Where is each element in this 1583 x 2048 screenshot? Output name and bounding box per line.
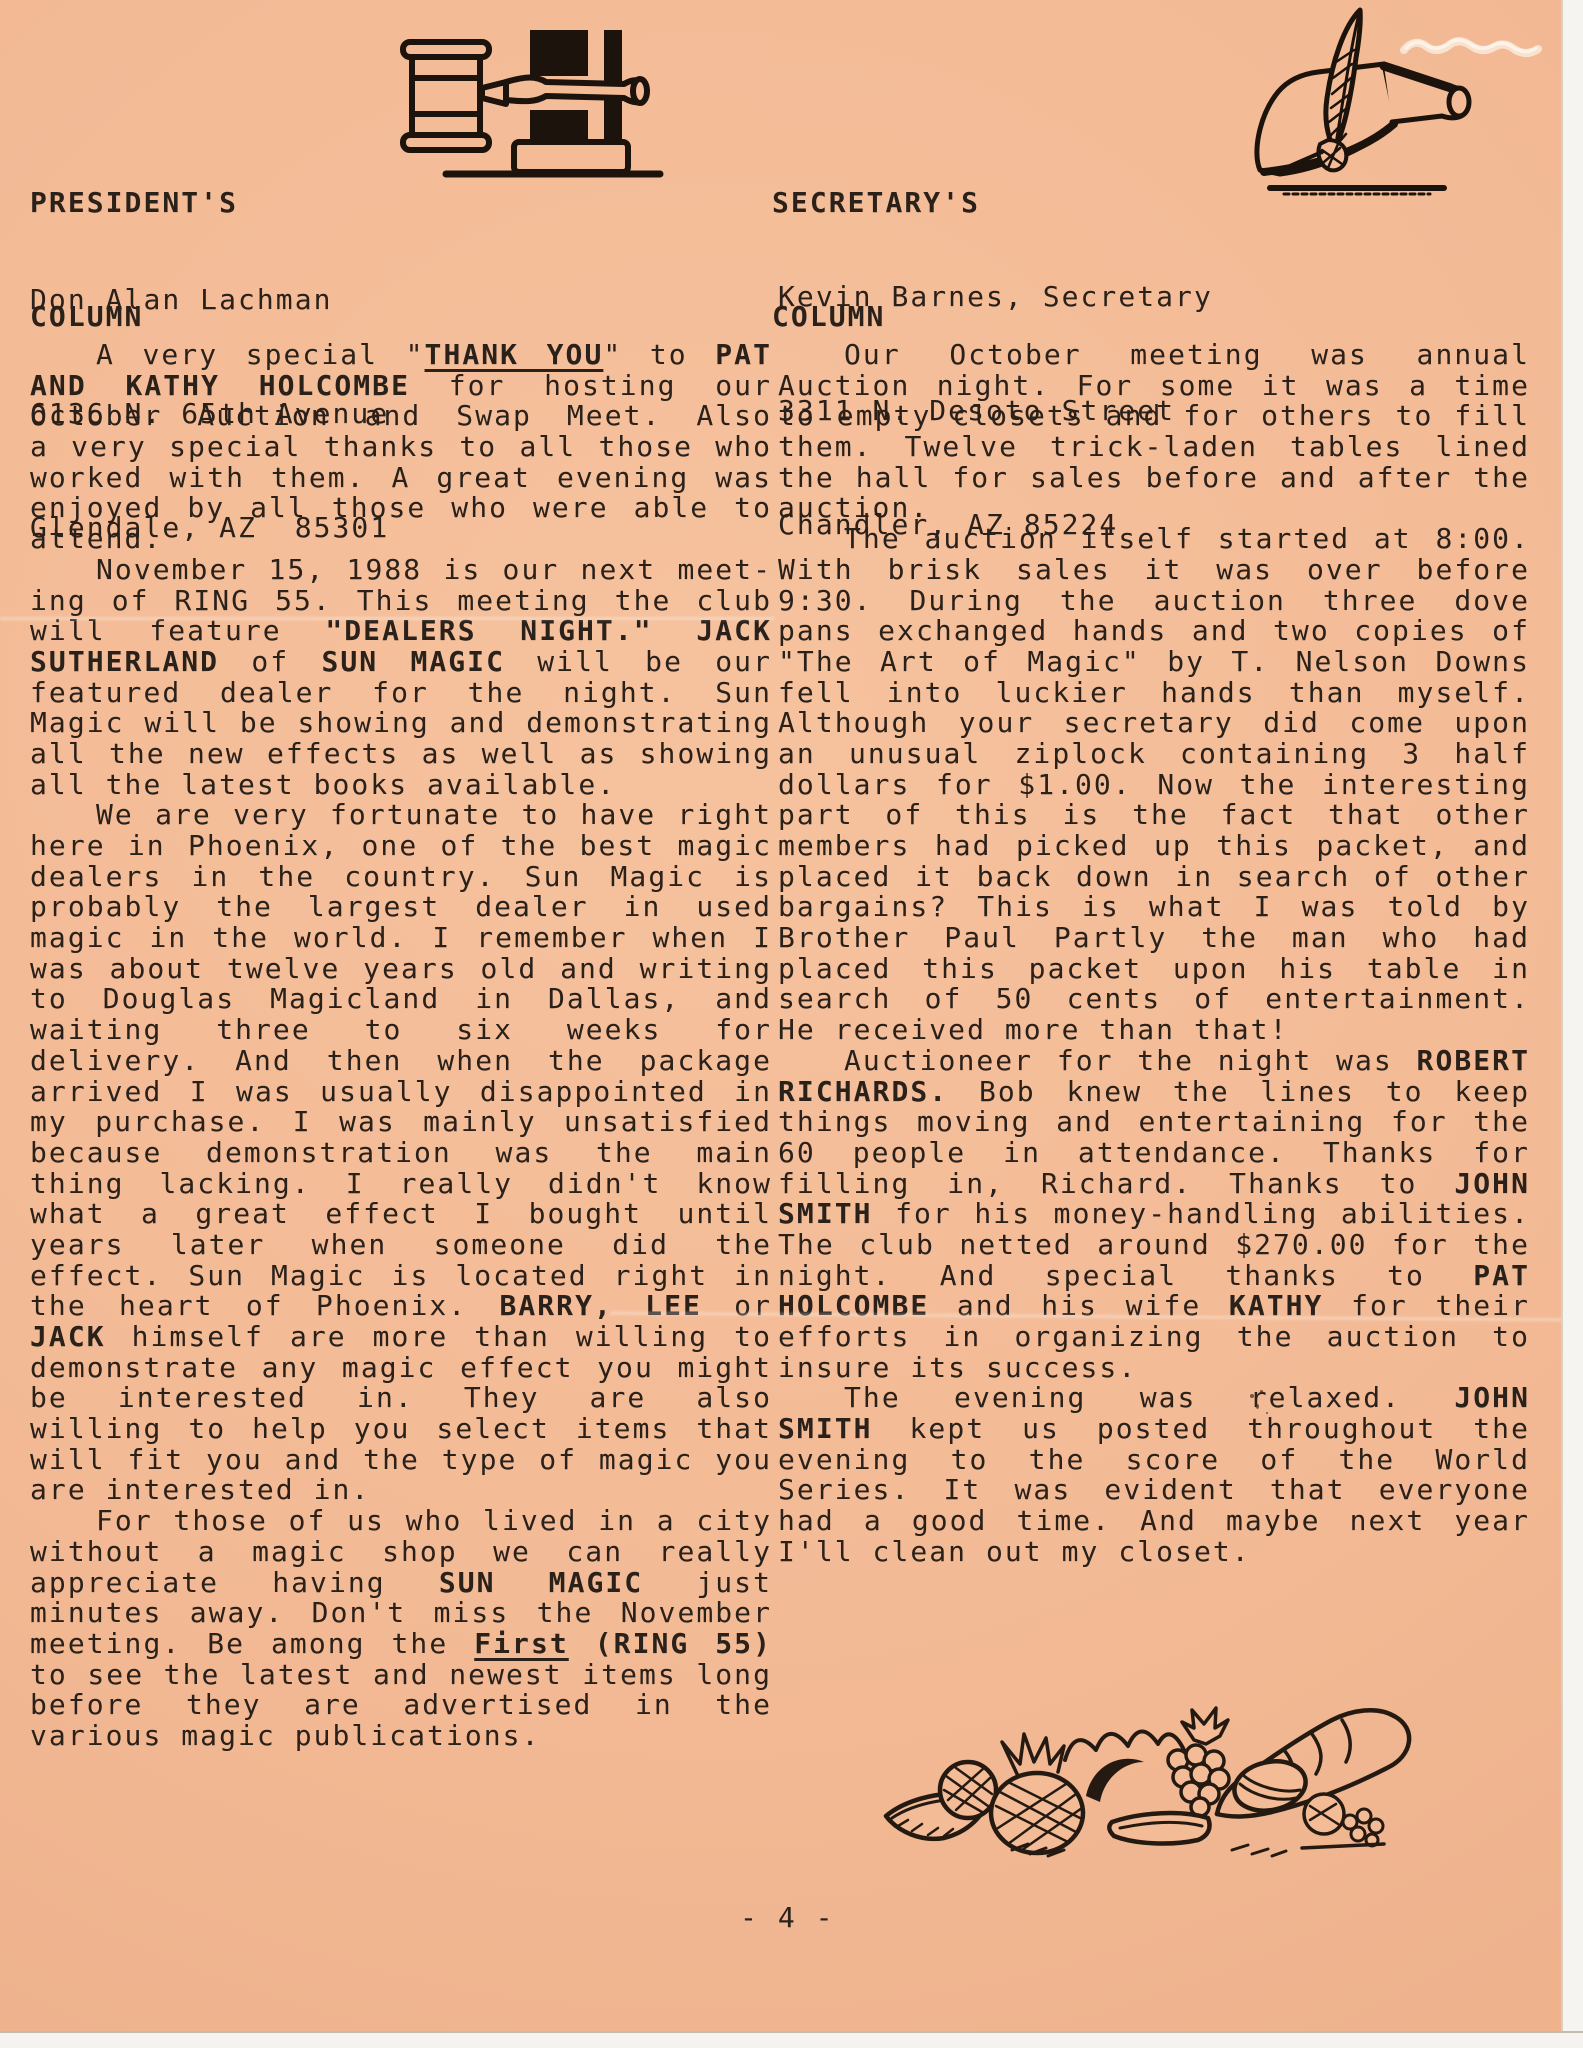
text-line: evening to the score of the World (778, 1445, 1530, 1476)
cornucopia-icon (872, 1698, 1412, 1870)
text-line: magic in the world. I remember when I (30, 923, 772, 954)
text-line: the heart of Phoenix. BARRY, LEE or (30, 1291, 772, 1322)
text-line: probably the largest dealer in used (30, 892, 772, 923)
text-line: will fit you and the type of magic you (30, 1445, 772, 1476)
text-line: He received more than that! (778, 1015, 1530, 1046)
text-line: to empty closets and for others to fill (778, 401, 1530, 432)
text-line: dealers in the country. Sun Magic is (30, 862, 772, 893)
text-line: ing of RING 55. This meeting the club (30, 586, 772, 617)
ink-speck (1248, 1390, 1274, 1420)
secretarys-column-body: Our October meeting was annualAuction ni… (778, 340, 1530, 1568)
text-line: "The Art of Magic" by T. Nelson Downs (778, 647, 1530, 678)
text-line: be interested in. They are also (30, 1383, 772, 1414)
text-line: Our October meeting was annual (778, 340, 1530, 371)
text-line: my purchase. I was mainly unsatisfied (30, 1107, 772, 1138)
text-line: bargains? This is what I was told by (778, 892, 1530, 923)
text-line: pans exchanged hands and two copies of (778, 616, 1530, 647)
text-line: featured dealer for the night. Sun (30, 678, 772, 709)
text-line: all the new effects as well as showing (30, 739, 772, 770)
paper-crease (0, 617, 775, 620)
text-line: things moving and entertaining for the (778, 1107, 1530, 1138)
text-line: effect. Sun Magic is located right in (30, 1261, 772, 1292)
text-line: The club netted around $270.00 for the (778, 1230, 1530, 1261)
text-line: The evening was relaxed. JOHN (778, 1383, 1530, 1414)
text-line: thing lacking. I really didn't know (30, 1169, 772, 1200)
text-line: because demonstration was the main (30, 1138, 772, 1169)
text-line: before they are advertised in the (30, 1690, 772, 1721)
text-line: efforts in organizing the auction to (778, 1322, 1530, 1353)
text-line: night. And special thanks to PAT (778, 1261, 1530, 1292)
text-line: 60 people in attendance. Thanks for (778, 1138, 1530, 1169)
text-line: various magic publications. (30, 1721, 772, 1752)
text-line: minutes away. Don't miss the November (30, 1598, 772, 1629)
text-line: RICHARDS. Bob knew the lines to keep (778, 1077, 1530, 1108)
text-line: placed this packet upon his table in (778, 954, 1530, 985)
text-line: I'll clean out my closet. (778, 1537, 1530, 1568)
text-line: will feature "DEALERS NIGHT." JACK (30, 616, 772, 647)
text-line: all the latest books available. (30, 770, 772, 801)
text-line: a very special thanks to all those who (30, 432, 772, 463)
text-line: Auctioneer for the night was ROBERT (778, 1046, 1530, 1077)
text-line: With brisk sales it was over before (778, 555, 1530, 586)
text-line: filling in, Richard. Thanks to JOHN (778, 1169, 1530, 1200)
text-line: A very special "THANK YOU" to PAT (30, 340, 772, 371)
text-line: Auction night. For some it was a time (778, 371, 1530, 402)
text-line: dollars for $1.00. Now the interesting (778, 770, 1530, 801)
text-line: Brother Paul Partly the man who had (778, 923, 1530, 954)
text-line: them. Twelve trick-laden tables lined (778, 432, 1530, 463)
page-number: - 4 - (740, 1902, 835, 1933)
text-line: without a magic shop we can really (30, 1537, 772, 1568)
text-line: waiting three to six weeks for (30, 1015, 772, 1046)
text-line: SMITH for his money-handling abilities. (778, 1199, 1530, 1230)
text-line: to see the latest and newest items long (30, 1660, 772, 1691)
text-line: appreciate having SUN MAGIC just (30, 1568, 772, 1599)
text-line: was about twelve years old and writing (30, 954, 772, 985)
presidents-column-body: A very special "THANK YOU" to PATAND KAT… (30, 340, 772, 1752)
text-line: attend. (30, 524, 772, 555)
text-line: what a great effect I bought until (30, 1199, 772, 1230)
address-line: Kevin Barnes, Secretary (778, 278, 1213, 316)
text-line: worked with them. A great evening was (30, 463, 772, 494)
text-line: JACK himself are more than willing to (30, 1322, 772, 1353)
scan-edge (0, 2031, 1583, 2048)
text-line: years later when someone did the (30, 1230, 772, 1261)
text-line: members had picked up this packet, and (778, 831, 1530, 862)
text-line: enjoyed by all those who were able to (30, 493, 772, 524)
text-line: Magic will be showing and demonstrating (30, 708, 772, 739)
text-line: search of 50 cents of entertainment. (778, 984, 1530, 1015)
text-line: an unusual ziplock containing 3 half (778, 739, 1530, 770)
text-line: fell into luckier hands than myself. (778, 678, 1530, 709)
text-line: For those of us who lived in a city (30, 1506, 772, 1537)
text-line: insure its success. (778, 1353, 1530, 1384)
text-line: SMITH kept us posted throughout the (778, 1414, 1530, 1445)
text-line: The auction itself started at 8:00. (778, 524, 1530, 555)
text-line: AND KATHY HOLCOMBE for hosting our (30, 371, 772, 402)
text-line: We are very fortunate to have right (30, 800, 772, 831)
text-line: placed it back down in search of other (778, 862, 1530, 893)
scan-edge (1561, 0, 1583, 2048)
paper-tear-mark (1398, 26, 1560, 70)
address-line: Don Alan Lachman (30, 281, 389, 319)
text-line: October Auction and Swap Meet. Also (30, 401, 772, 432)
newsletter-page: { "page": { "paper_color": "#f2ba95", "i… (0, 0, 1583, 2048)
text-line: demonstrate any magic effect you might (30, 1353, 772, 1384)
text-line: the hall for sales before and after the (778, 463, 1530, 494)
text-line: delivery. And then when the package (30, 1046, 772, 1077)
text-line: to Douglas Magicland in Dallas, and (30, 984, 772, 1015)
text-line: 9:30. During the auction three dove (778, 586, 1530, 617)
text-line: November 15, 1988 is our next meet- (30, 555, 772, 586)
text-line: here in Phoenix, one of the best magic (30, 831, 772, 862)
gavel-icon (388, 30, 664, 190)
text-line: willing to help you select items that (30, 1414, 772, 1445)
text-line: meeting. Be among the First (RING 55) (30, 1629, 772, 1660)
text-line: auction. (778, 493, 1530, 524)
text-line: part of this is the fact that other (778, 800, 1530, 831)
text-line: arrived I was usually disappointed in (30, 1077, 772, 1108)
text-line: Although your secretary did come upon (778, 708, 1530, 739)
text-line: SUTHERLAND of SUN MAGIC will be our (30, 647, 772, 678)
text-line: Series. It was evident that everyone (778, 1475, 1530, 1506)
text-line: are interested in. (30, 1475, 772, 1506)
text-line: had a good time. And maybe next year (778, 1506, 1530, 1537)
